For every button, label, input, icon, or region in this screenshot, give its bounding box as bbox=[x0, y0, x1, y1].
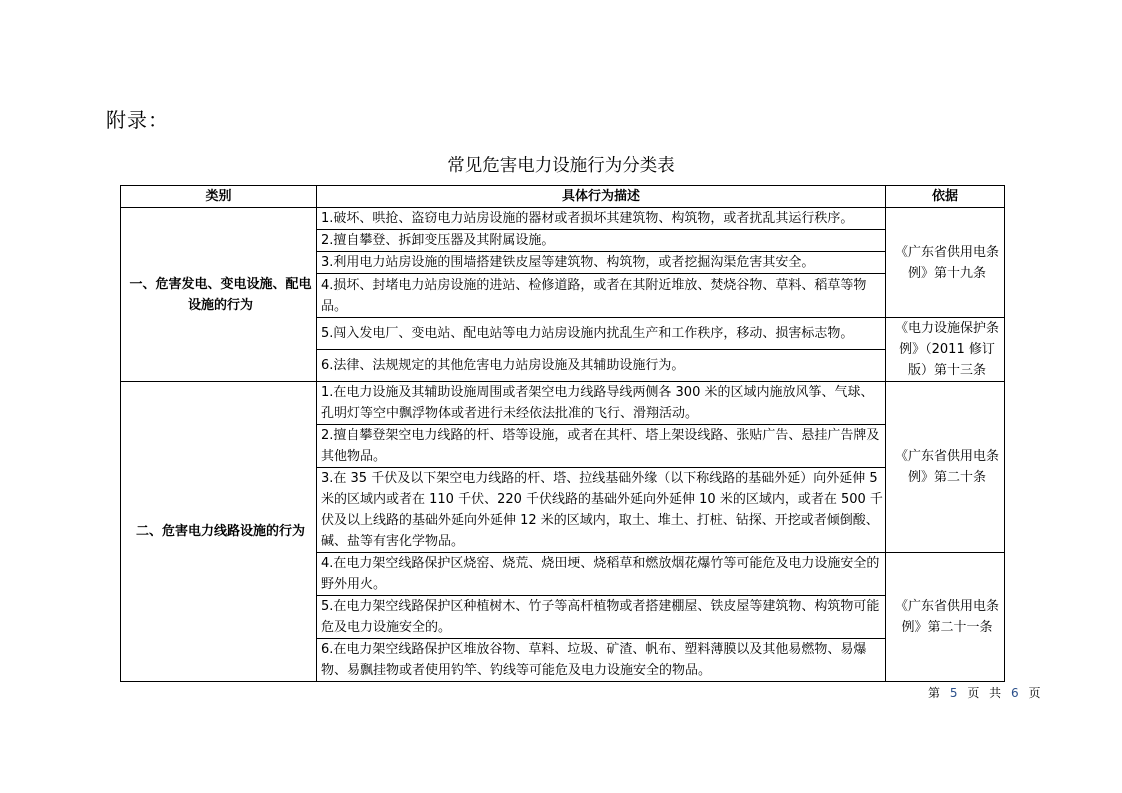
description-cell: 1.破坏、哄抢、盗窃电力站房设施的器材或者损坏其建筑物、构筑物，或者扰乱其运行秩… bbox=[317, 208, 886, 230]
basis-cell: 《广东省供用电条例》第十九条 bbox=[886, 208, 1005, 318]
description-cell: 4.在电力架空线路保护区烧窑、烧荒、烧田埂、烧稻草和燃放烟花爆竹等可能危及电力设… bbox=[317, 553, 886, 596]
page-total: 6 bbox=[1011, 686, 1022, 700]
table-title: 常见危害电力设施行为分类表 bbox=[0, 152, 1122, 177]
description-cell: 4.损坏、封堵电力站房设施的进站、检修道路，或者在其附近堆放、焚烧谷物、草料、稻… bbox=[317, 274, 886, 318]
description-cell: 3.在 35 千伏及以下架空电力线路的杆、塔、拉线基础外缘（以下称线路的基础外延… bbox=[317, 468, 886, 553]
basis-cell: 《广东省供用电条例》第二十条 bbox=[886, 382, 1005, 553]
appendix-label: 附录： bbox=[106, 104, 169, 133]
header-category: 类别 bbox=[121, 186, 317, 208]
category-cell: 一、危害发电、变电设施、配电设施的行为 bbox=[121, 208, 317, 382]
header-basis: 依据 bbox=[886, 186, 1005, 208]
description-cell: 1.在电力设施及其辅助设施周围或者架空电力线路导线两侧各 300 米的区域内施放… bbox=[317, 382, 886, 425]
description-cell: 6.法律、法规规定的其他危害电力站房设施及其辅助设施行为。 bbox=[317, 350, 886, 382]
description-cell: 5.在电力架空线路保护区种植树木、竹子等高杆植物或者搭建棚屋、铁皮屋等建筑物、构… bbox=[317, 596, 886, 639]
description-cell: 6.在电力架空线路保护区堆放谷物、草料、垃圾、矿渣、帆布、塑料薄膜以及其他易燃物… bbox=[317, 639, 886, 682]
category-cell: 二、危害电力线路设施的行为 bbox=[121, 382, 317, 682]
classification-table: 类别 具体行为描述 依据 一、危害发电、变电设施、配电设施的行为 1.破坏、哄抢… bbox=[120, 185, 1005, 682]
table-row: 二、危害电力线路设施的行为 1.在电力设施及其辅助设施周围或者架空电力线路导线两… bbox=[121, 382, 1005, 425]
description-cell: 3.利用电力站房设施的围墙搭建铁皮屋等建筑物、构筑物，或者挖掘沟渠危害其安全。 bbox=[317, 252, 886, 274]
table-header-row: 类别 具体行为描述 依据 bbox=[121, 186, 1005, 208]
basis-cell: 《电力设施保护条例》（2011 修订版）第十三条 bbox=[886, 318, 1005, 382]
page-middle: 页 共 bbox=[967, 686, 1004, 700]
table-row: 一、危害发电、变电设施、配电设施的行为 1.破坏、哄抢、盗窃电力站房设施的器材或… bbox=[121, 208, 1005, 230]
basis-cell: 《广东省供用电条例》第二十一条 bbox=[886, 553, 1005, 682]
page-footer: 第 5 页 共 6 页 bbox=[928, 684, 1043, 701]
page-prefix: 第 bbox=[928, 686, 943, 700]
description-cell: 5.闯入发电厂、变电站、配电站等电力站房设施内扰乱生产和工作秩序，移动、损害标志… bbox=[317, 318, 886, 350]
page-number: 5 bbox=[950, 686, 961, 700]
description-cell: 2.擅自攀登架空电力线路的杆、塔等设施，或者在其杆、塔上架设线路、张贴广告、悬挂… bbox=[317, 425, 886, 468]
header-description: 具体行为描述 bbox=[317, 186, 886, 208]
page-suffix: 页 bbox=[1028, 686, 1043, 700]
description-cell: 2.擅自攀登、拆卸变压器及其附属设施。 bbox=[317, 230, 886, 252]
